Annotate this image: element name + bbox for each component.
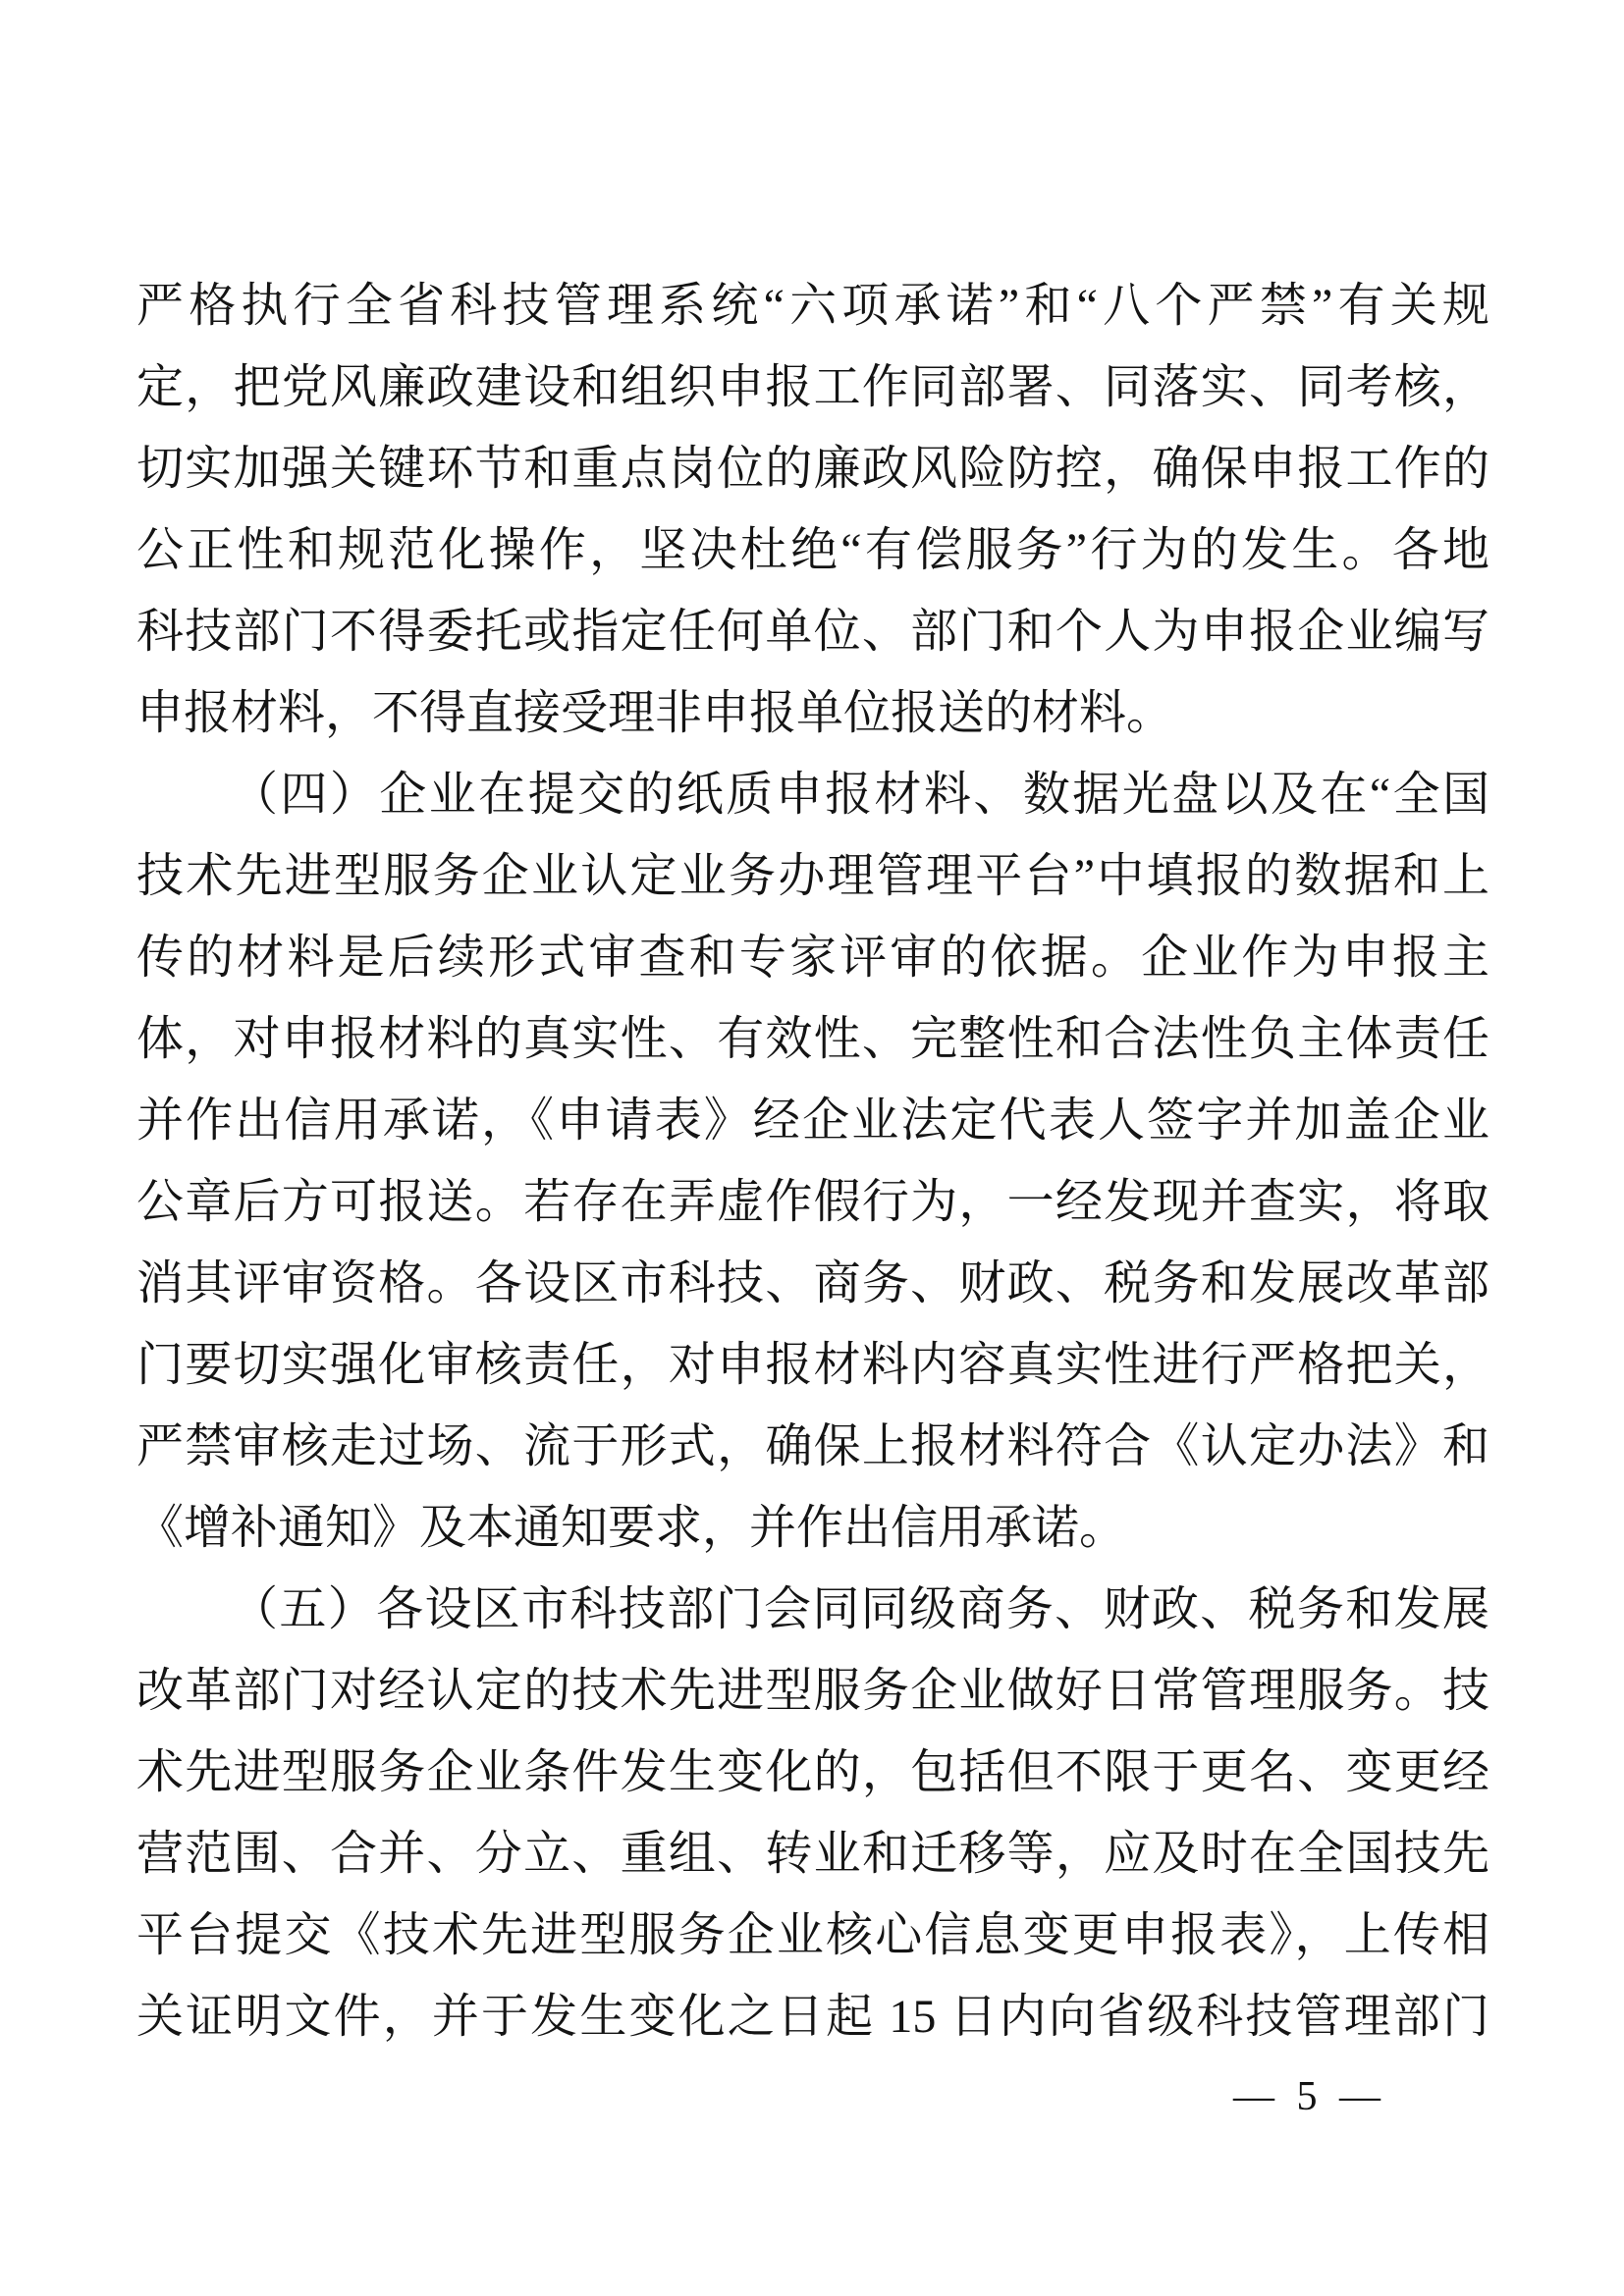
body-line: 技术先进型服务企业认定业务办理管理平台”中填报的数据和上 (136, 835, 1489, 917)
body-line-paragraph-start: （五）各设区市科技部门会同同级商务、财政、税务和发展 (136, 1569, 1489, 1650)
body-line: 切实加强关键环节和重点岗位的廉政风险防控，确保申报工作的 (136, 428, 1489, 509)
body-line: 申报材料，不得直接受理非申报单位报送的材料。 (136, 672, 1489, 754)
body-line: 公章后方可报送。若存在弄虚作假行为，一经发现并查实，将取 (136, 1161, 1489, 1243)
body-line: 定，把党风廉政建设和组织申报工作同部署、同落实、同考核， (136, 347, 1489, 428)
body-line: 体，对申报材料的真实性、有效性、完整性和合法性负主体责任 (136, 998, 1489, 1080)
body-line: 严禁审核走过场、流于形式，确保上报材料符合《认定办法》和 (136, 1406, 1489, 1487)
body-line: 营范围、合并、分立、重组、转业和迁移等，应及时在全国技先 (136, 1813, 1489, 1895)
page-number: — 5 — (1233, 2073, 1386, 2120)
body-line: 公正性和规范化操作，坚决杜绝“有偿服务”行为的发生。各地 (136, 509, 1489, 591)
body-line: 严格执行全省科技管理系统“六项承诺”和“八个严禁”有关规 (136, 265, 1489, 347)
document-page: 严格执行全省科技管理系统“六项承诺”和“八个严禁”有关规 定，把党风廉政建设和组… (0, 0, 1624, 2296)
body-line: 平台提交《技术先进型服务企业核心信息变更申报表》，上传相 (136, 1895, 1489, 1976)
body-line: 并作出信用承诺，《申请表》经企业法定代表人签字并加盖企业 (136, 1080, 1489, 1161)
body-line: 《增补通知》及本通知要求，并作出信用承诺。 (136, 1487, 1489, 1569)
body-line: 术先进型服务企业条件发生变化的，包括但不限于更名、变更经 (136, 1732, 1489, 1813)
body-line: 消其评审资格。各设区市科技、商务、财政、税务和发展改革部 (136, 1243, 1489, 1324)
body-line: 门要切实强化审核责任，对申报材料内容真实性进行严格把关， (136, 1324, 1489, 1406)
body-line: 关证明文件，并于发生变化之日起 15 日内向省级科技管理部门 (136, 1976, 1489, 2057)
body-line: 科技部门不得委托或指定任何单位、部门和个人为申报企业编写 (136, 591, 1489, 672)
body-line: 改革部门对经认定的技术先进型服务企业做好日常管理服务。技 (136, 1650, 1489, 1732)
body-line-paragraph-start: （四）企业在提交的纸质申报材料、数据光盘以及在“全国 (136, 754, 1489, 835)
body-line: 传的材料是后续形式审查和专家评审的依据。企业作为申报主 (136, 917, 1489, 998)
body-text-block: 严格执行全省科技管理系统“六项承诺”和“八个严禁”有关规 定，把党风廉政建设和组… (136, 265, 1489, 2057)
